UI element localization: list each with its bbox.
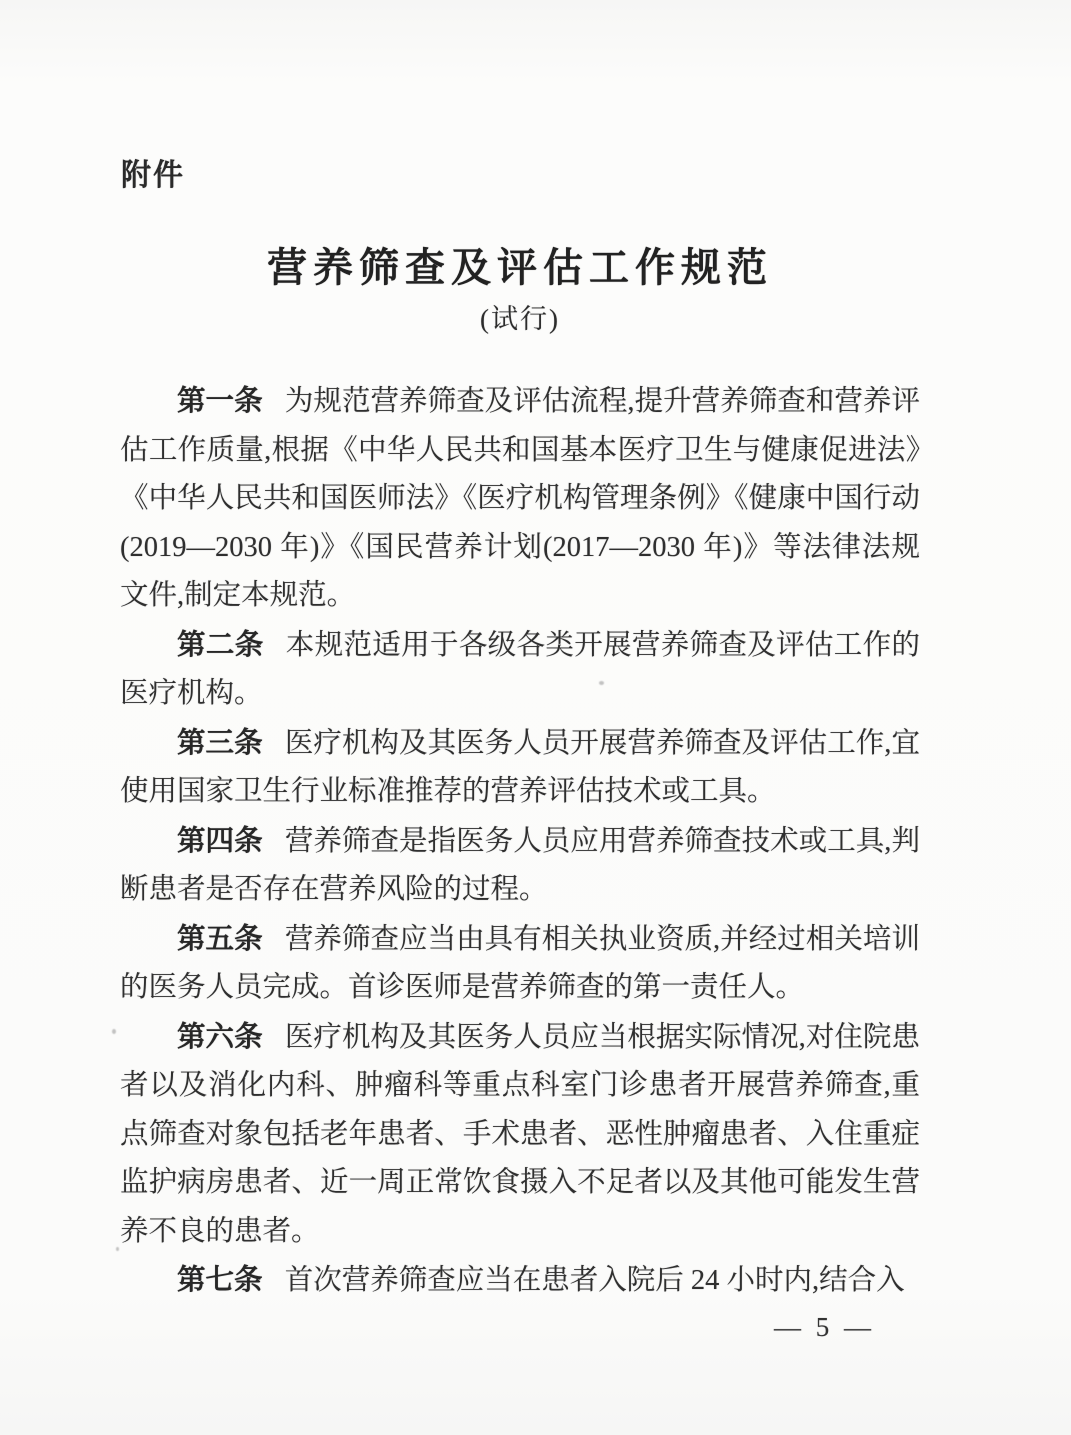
article-text: 首次营养筛查应当在患者入院后 24 小时内,结合入 (285, 1265, 905, 1296)
article-text: 为规范营养筛查及评估流程,提升营养筛查和营养评估工作质量,根据《中华人民共和国基… (120, 386, 920, 611)
article-paragraph: 第一条为规范营养筛查及评估流程,提升营养筛查和营养评估工作质量,根据《中华人民共… (120, 377, 920, 621)
article-paragraph: 第三条医疗机构及其医务人员开展营养筛查及评估工作,宜使用国家卫生行业标准推荐的营… (120, 719, 920, 817)
article-paragraph: 第二条本规范适用于各级各类开展营养筛查及评估工作的医疗机构。 (120, 621, 920, 719)
article-number: 第六条 (177, 1021, 263, 1053)
article-number: 第五条 (177, 923, 263, 955)
article-text: 医疗机构及其医务人员应当根据实际情况,对住院患者以及消化内科、肿瘤科等重点科室门… (120, 1022, 920, 1247)
scan-speck (112, 1029, 116, 1034)
article-number: 第四条 (177, 825, 263, 857)
scanned-document-page: 附件 营养筛查及评估工作规范 (试行) 第一条为规范营养筛查及评估流程,提升营养… (0, 0, 1071, 1435)
page-number: — 5 — (774, 1311, 875, 1343)
article-paragraph: 第四条营养筛查是指医务人员应用营养筛查技术或工具,判断患者是否存在营养风险的过程… (120, 817, 920, 915)
article-number: 第三条 (177, 727, 263, 759)
scan-speck (116, 1247, 119, 1251)
document-subtitle: (试行) (120, 301, 920, 337)
article-paragraph: 第五条营养筛查应当由具有相关执业资质,并经过相关培训的医务人员完成。首诊医师是营… (120, 915, 920, 1013)
document-body: 第一条为规范营养筛查及评估流程,提升营养筛查和营养评估工作质量,根据《中华人民共… (120, 377, 920, 1306)
article-number: 第一条 (177, 385, 263, 417)
article-paragraph: 第六条医疗机构及其医务人员应当根据实际情况,对住院患者以及消化内科、肿瘤科等重点… (120, 1013, 920, 1257)
article-paragraph: 第七条首次营养筛查应当在患者入院后 24 小时内,结合入 (120, 1256, 920, 1306)
attachment-label: 附件 (121, 157, 185, 195)
article-number: 第二条 (177, 629, 264, 661)
document-title: 营养筛查及评估工作规范 (120, 243, 920, 293)
article-number: 第七条 (177, 1264, 263, 1296)
scan-speck (599, 681, 604, 685)
